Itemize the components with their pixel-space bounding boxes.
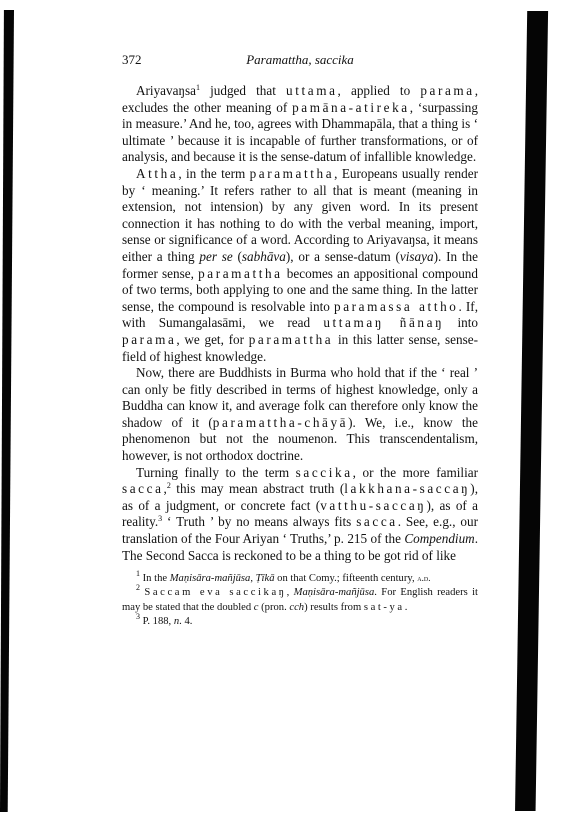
footnote-marker: 2 <box>167 481 171 490</box>
pali-term: sacca <box>356 514 398 529</box>
pali-term: sacca <box>122 481 164 496</box>
pali-term: vatthu-saccaŋ <box>320 498 426 513</box>
pali-term: uttama <box>286 83 338 98</box>
pali-term: lakkhana-saccaŋ <box>344 481 470 496</box>
italic-term: n <box>174 616 179 627</box>
pali-term: parama <box>420 83 474 98</box>
footnotes: 1 In the Maṇisāra-mañjūsa, Ṭīkā on that … <box>122 571 478 629</box>
footnote-marker: 1 <box>196 83 200 92</box>
pali-term: paramattha <box>250 166 335 181</box>
italic-term: Compendium <box>404 531 474 546</box>
italic-term: Maṇisāra-mañjūsa <box>170 573 251 584</box>
pali-term: paramattha <box>249 332 334 347</box>
italic-term: Ṭīkā <box>256 573 275 584</box>
pali-term: pamāna-atireka <box>292 100 410 115</box>
scan-edge-right <box>512 11 550 811</box>
footnote-marker: 2 <box>136 583 140 592</box>
body-text: Ariyavaŋsa1 judged that uttama, applied … <box>122 83 478 564</box>
pali-term: paramattha <box>198 266 283 281</box>
footnote-marker: 1 <box>136 569 140 578</box>
pali-term: paramassa attho <box>334 299 458 314</box>
footnote: 3 P. 188, n. 4. <box>122 615 478 629</box>
pali-term: Saccam eva saccikaŋ <box>144 587 286 598</box>
paragraph: Ariyavaŋsa1 judged that uttama, applied … <box>122 83 478 166</box>
paragraph: Now, there are Buddhists in Burma who ho… <box>122 365 478 465</box>
italic-term: visaya <box>400 249 434 264</box>
footnote: 1 In the Maṇisāra-mañjūsa, Ṭīkā on that … <box>122 571 478 586</box>
paragraph: Turning finally to the term saccika, or … <box>122 465 478 565</box>
running-title: Paramattha, saccika <box>122 52 478 68</box>
scan-edge-left <box>0 10 14 812</box>
italic-term: c <box>254 602 259 613</box>
pali-term: saccika <box>296 465 353 480</box>
italic-term: sabhāva <box>242 249 286 264</box>
pali-term: sat-ya <box>364 602 405 613</box>
footnote: 2 Saccam eva saccikaŋ, Maṇisāra-mañjūsa.… <box>122 586 478 614</box>
italic-term: Maṇisāra-mañjūsa <box>294 587 375 598</box>
pali-term: Attha <box>136 166 178 181</box>
small-caps: a.d. <box>417 573 430 583</box>
footnote-marker: 3 <box>136 612 140 621</box>
footnote-marker: 3 <box>158 514 162 523</box>
pali-term: uttamaŋ ñānaŋ <box>323 315 444 330</box>
italic-term: per se <box>199 249 232 264</box>
book-page: 372 Paramattha, saccika Ariyavaŋsa1 judg… <box>122 52 478 629</box>
italic-term: cch <box>289 602 304 613</box>
running-head: 372 Paramattha, saccika <box>122 52 478 72</box>
paragraph: Attha, in the term paramattha, Europeans… <box>122 166 478 365</box>
pali-term: paramattha-chāyā <box>213 415 348 430</box>
pali-term: parama <box>122 332 176 347</box>
